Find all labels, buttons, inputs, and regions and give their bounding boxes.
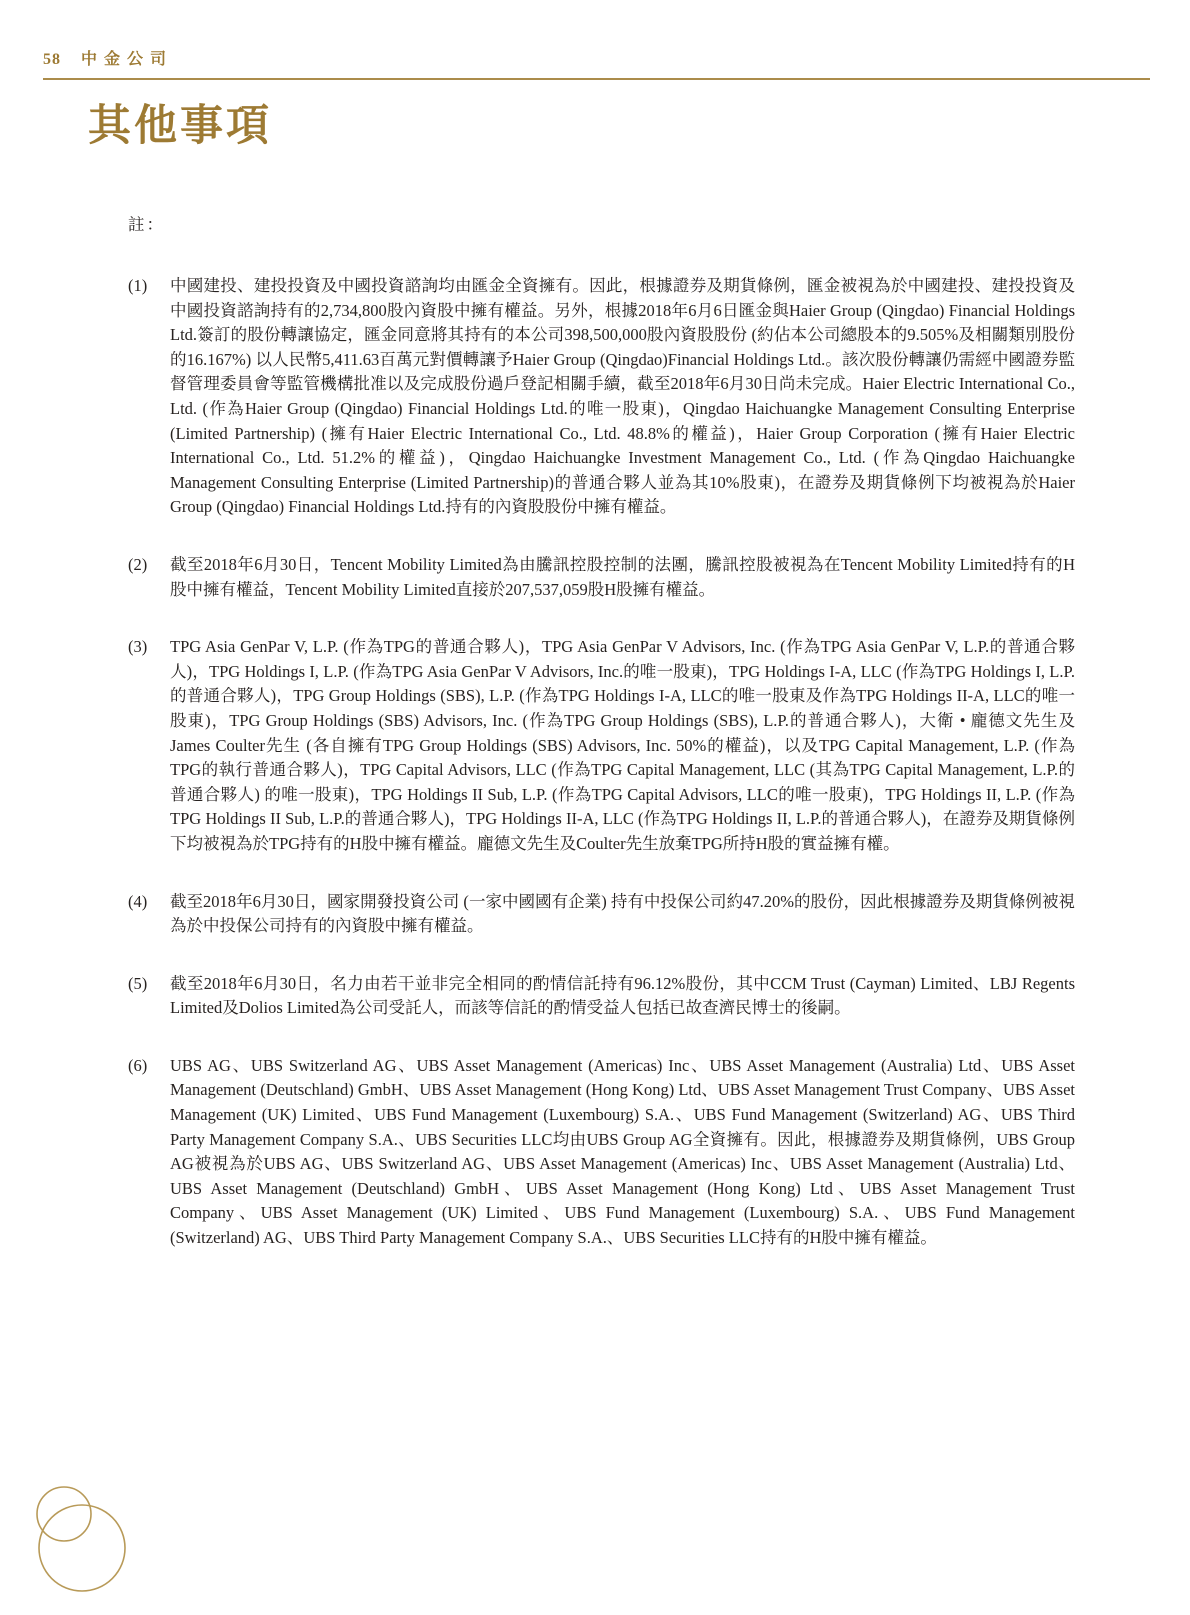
page-title: 其他事項 [88,102,1190,151]
note-number: (6) [128,1054,170,1251]
note-item: (5) 截至2018年6月30日，名力由若干並非完全相同的酌情信託持有96.12… [128,972,1075,1021]
page-header: 58 中金公司 [0,0,1190,80]
note-item: (2) 截至2018年6月30日，Tencent Mobility Limite… [128,553,1075,602]
deco-circle-large [39,1505,125,1591]
note-text: 截至2018年6月30日，國家開發投資公司 (一家中國國有企業) 持有中投保公司… [170,890,1075,939]
decorative-circles [30,1478,160,1600]
note-number: (2) [128,553,170,602]
header-rule [43,78,1150,80]
note-item: (6) UBS AG、UBS Switzerland AG、UBS Asset … [128,1054,1075,1251]
note-text: 中國建投、建投投資及中國投資諮詢均由匯金全資擁有。因此，根據證券及期貨條例，匯金… [170,274,1075,520]
note-item: (3) TPG Asia GenPar V, L.P. (作為TPG的普通合夥人… [128,635,1075,856]
note-number: (1) [128,274,170,520]
notes-list: (1) 中國建投、建投投資及中國投資諮詢均由匯金全資擁有。因此，根據證券及期貨條… [128,274,1075,1251]
note-number: (5) [128,972,170,1021]
note-text: UBS AG、UBS Switzerland AG、UBS Asset Mana… [170,1054,1075,1251]
company-name: 中金公司 [81,46,173,69]
note-item: (4) 截至2018年6月30日，國家開發投資公司 (一家中國國有企業) 持有中… [128,890,1075,939]
note-number: (4) [128,890,170,939]
note-text: 截至2018年6月30日，名力由若干並非完全相同的酌情信託持有96.12%股份，… [170,972,1075,1021]
notes-label: 註： [128,213,1075,238]
note-item: (1) 中國建投、建投投資及中國投資諮詢均由匯金全資擁有。因此，根據證券及期貨條… [128,274,1075,520]
page-number: 58 [43,51,61,69]
note-text: TPG Asia GenPar V, L.P. (作為TPG的普通合夥人)，TP… [170,635,1075,856]
notes-section: 註： (1) 中國建投、建投投資及中國投資諮詢均由匯金全資擁有。因此，根據證券及… [128,213,1075,1250]
document-page: 58 中金公司 其他事項 註： (1) 中國建投、建投投資及中國投資諮詢均由匯金… [0,0,1190,1615]
note-text: 截至2018年6月30日，Tencent Mobility Limited為由騰… [170,553,1075,602]
deco-circle-small [37,1487,91,1541]
header-line: 58 中金公司 [43,46,1150,69]
note-number: (3) [128,635,170,856]
